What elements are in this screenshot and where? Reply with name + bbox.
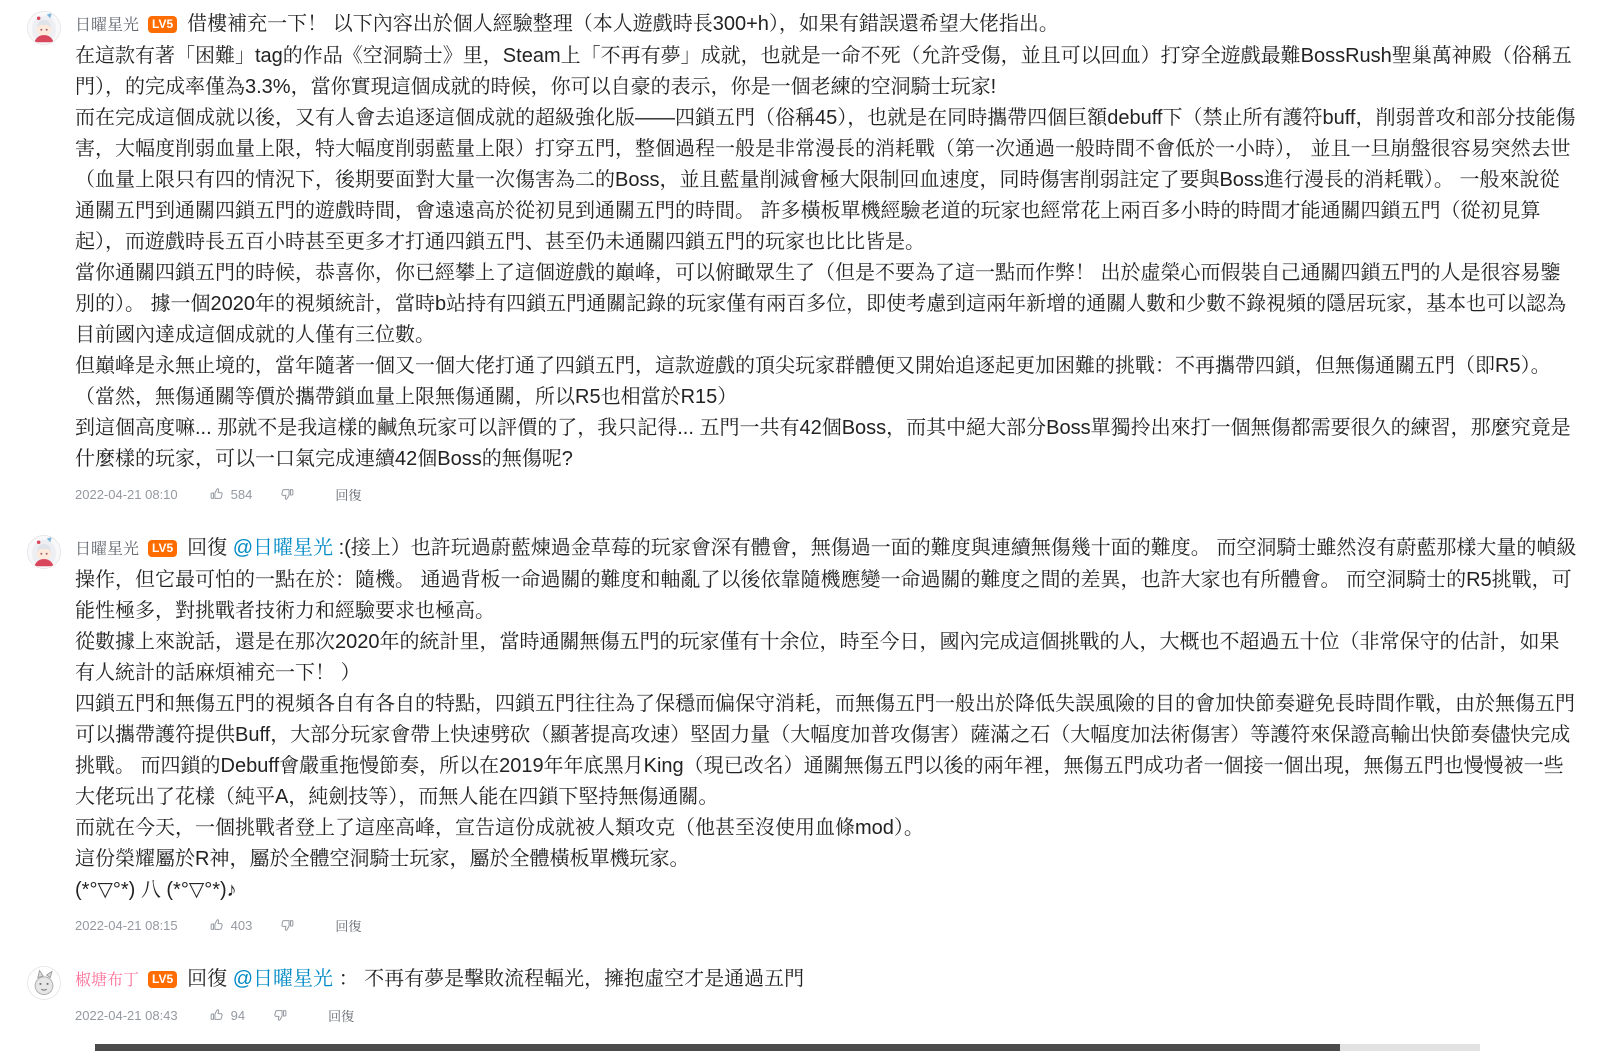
paragraph: 而在完成這個成就以後，又有人會去追逐這個成就的超級強化版——四鎖五門（俗稱45）… (75, 103, 1579, 258)
paragraph: 這份榮耀屬於R神，屬於全體空洞騎士玩家，屬於全體橫板單機玩家。 (75, 844, 1579, 875)
comment-footer: 2022-04-21 08:43 94 回復 (75, 1003, 1579, 1027)
paragraph-kaomoji: (*°▽°*) 八 (*°▽°*)♪ (75, 875, 1579, 906)
like-count: 94 (231, 1008, 245, 1023)
paragraph: 在這款有著「困難」tag的作品《空洞騎士》里，Steam上「不再有夢」成就，也就… (75, 41, 1579, 103)
thumb-up-icon (208, 1007, 224, 1023)
reply-prefix: 回復 (187, 968, 233, 990)
reply-button[interactable]: 回復 (335, 485, 361, 504)
comment-footer: 2022-04-21 08:15 403 回復 (75, 913, 1579, 937)
comment-item: 椒塘布丁LV5回復 @日曜星光 ： 不再有夢是擊敗流程輻光，擁抱虛空才是通過五門… (27, 964, 1579, 1027)
paragraph: 而就在今天，一個挑戰者登上了這座高峰，宣告這份成就被人類攻克（他甚至沒使用血條m… (75, 813, 1579, 844)
thumb-down-icon (280, 917, 296, 933)
user-level-badge: LV5 (148, 971, 177, 988)
reply-button[interactable]: 回復 (335, 916, 361, 935)
thumb-up-icon (208, 486, 224, 502)
like-count: 403 (231, 918, 253, 933)
bottom-edge-bar-dark (95, 1044, 1340, 1051)
comment-footer: 2022-04-21 08:10 584 回復 (75, 482, 1579, 506)
paragraph: 從數據上來說話，還是在那次2020年的統計里，當時通關無傷五門的玩家僅有十余位，… (75, 627, 1579, 689)
paragraph: （當然，無傷通關等價於攜帶鎖血量上限無傷通關，所以R5也相當於R15） (75, 382, 1579, 413)
user-level-badge: LV5 (148, 16, 177, 33)
like-button[interactable]: 403 (208, 917, 253, 933)
dislike-button[interactable] (280, 917, 303, 933)
comment-content: 日曜星光LV5回復 @日曜星光 :(接上）也許玩過蔚藍煉過金草莓的玩家會深有體會… (75, 533, 1579, 906)
comment-list: 日曜星光LV5借樓補充一下！ 以下內容出於個人經驗整理（本人遊戲時長300+h）… (0, 0, 1603, 1027)
dislike-button[interactable] (280, 486, 303, 502)
thumb-down-icon (280, 486, 296, 502)
paragraph: 當你通關四鎖五門的時候，恭喜你，你已經攀上了這個遊戲的巔峰，可以俯瞰眾生了（但是… (75, 258, 1579, 351)
avatar[interactable] (27, 535, 61, 569)
like-button[interactable]: 584 (208, 486, 253, 502)
paragraph: 借樓補充一下！ 以下內容出於個人經驗整理（本人遊戲時長300+h），如果有錯誤還… (187, 13, 1059, 35)
timestamp: 2022-04-21 08:10 (75, 487, 178, 502)
colon-separator: ： (333, 968, 364, 990)
comment-item: 日曜星光LV5回復 @日曜星光 :(接上）也許玩過蔚藍煉過金草莓的玩家會深有體會… (27, 533, 1579, 937)
thumb-down-icon (273, 1007, 289, 1023)
avatar[interactable] (27, 966, 61, 1000)
user-level-badge: LV5 (148, 540, 177, 557)
comment-item: 日曜星光LV5借樓補充一下！ 以下內容出於個人經驗整理（本人遊戲時長300+h）… (27, 9, 1579, 506)
colon-separator: : (333, 537, 344, 559)
thumb-up-icon (208, 917, 224, 933)
reply-button[interactable]: 回復 (328, 1006, 354, 1025)
paragraph: 四鎖五門和無傷五門的視頻各自有各自的特點，四鎖五門往往為了保穩而偏保守消耗，而無… (75, 689, 1579, 813)
sketch-cat-avatar-icon (28, 967, 60, 999)
timestamp: 2022-04-21 08:43 (75, 1008, 178, 1023)
anime-girl-avatar-icon (28, 12, 60, 44)
paragraph: 但巔峰是永無止境的，當年隨著一個又一個大佬打通了四鎖五門，這款遊戲的頂尖玩家群體… (75, 351, 1579, 382)
like-count: 584 (231, 487, 253, 502)
mention-link[interactable]: @日曜星光 (233, 968, 333, 990)
timestamp: 2022-04-21 08:15 (75, 918, 178, 933)
anime-girl-avatar-icon (28, 536, 60, 568)
dislike-button[interactable] (273, 1007, 296, 1023)
username[interactable]: 日曜星光 (75, 541, 139, 558)
paragraph: 到這個高度嘛... 那就不是我這樣的鹹魚玩家可以評價的了，我只記得... 五門一… (75, 413, 1579, 475)
username[interactable]: 日曜星光 (75, 17, 139, 34)
bottom-edge-bar-light (1340, 1044, 1480, 1051)
comment-content: 椒塘布丁LV5回復 @日曜星光 ： 不再有夢是擊敗流程輻光，擁抱虛空才是通過五門 (75, 964, 1579, 996)
reply-prefix: 回復 (187, 537, 233, 559)
comment-content: 日曜星光LV5借樓補充一下！ 以下內容出於個人經驗整理（本人遊戲時長300+h）… (75, 9, 1579, 475)
username[interactable]: 椒塘布丁 (75, 972, 139, 989)
paragraph: 不再有夢是擊敗流程輻光，擁抱虛空才是通過五門 (364, 968, 804, 990)
avatar[interactable] (27, 11, 61, 45)
like-button[interactable]: 94 (208, 1007, 245, 1023)
mention-link[interactable]: @日曜星光 (233, 537, 333, 559)
